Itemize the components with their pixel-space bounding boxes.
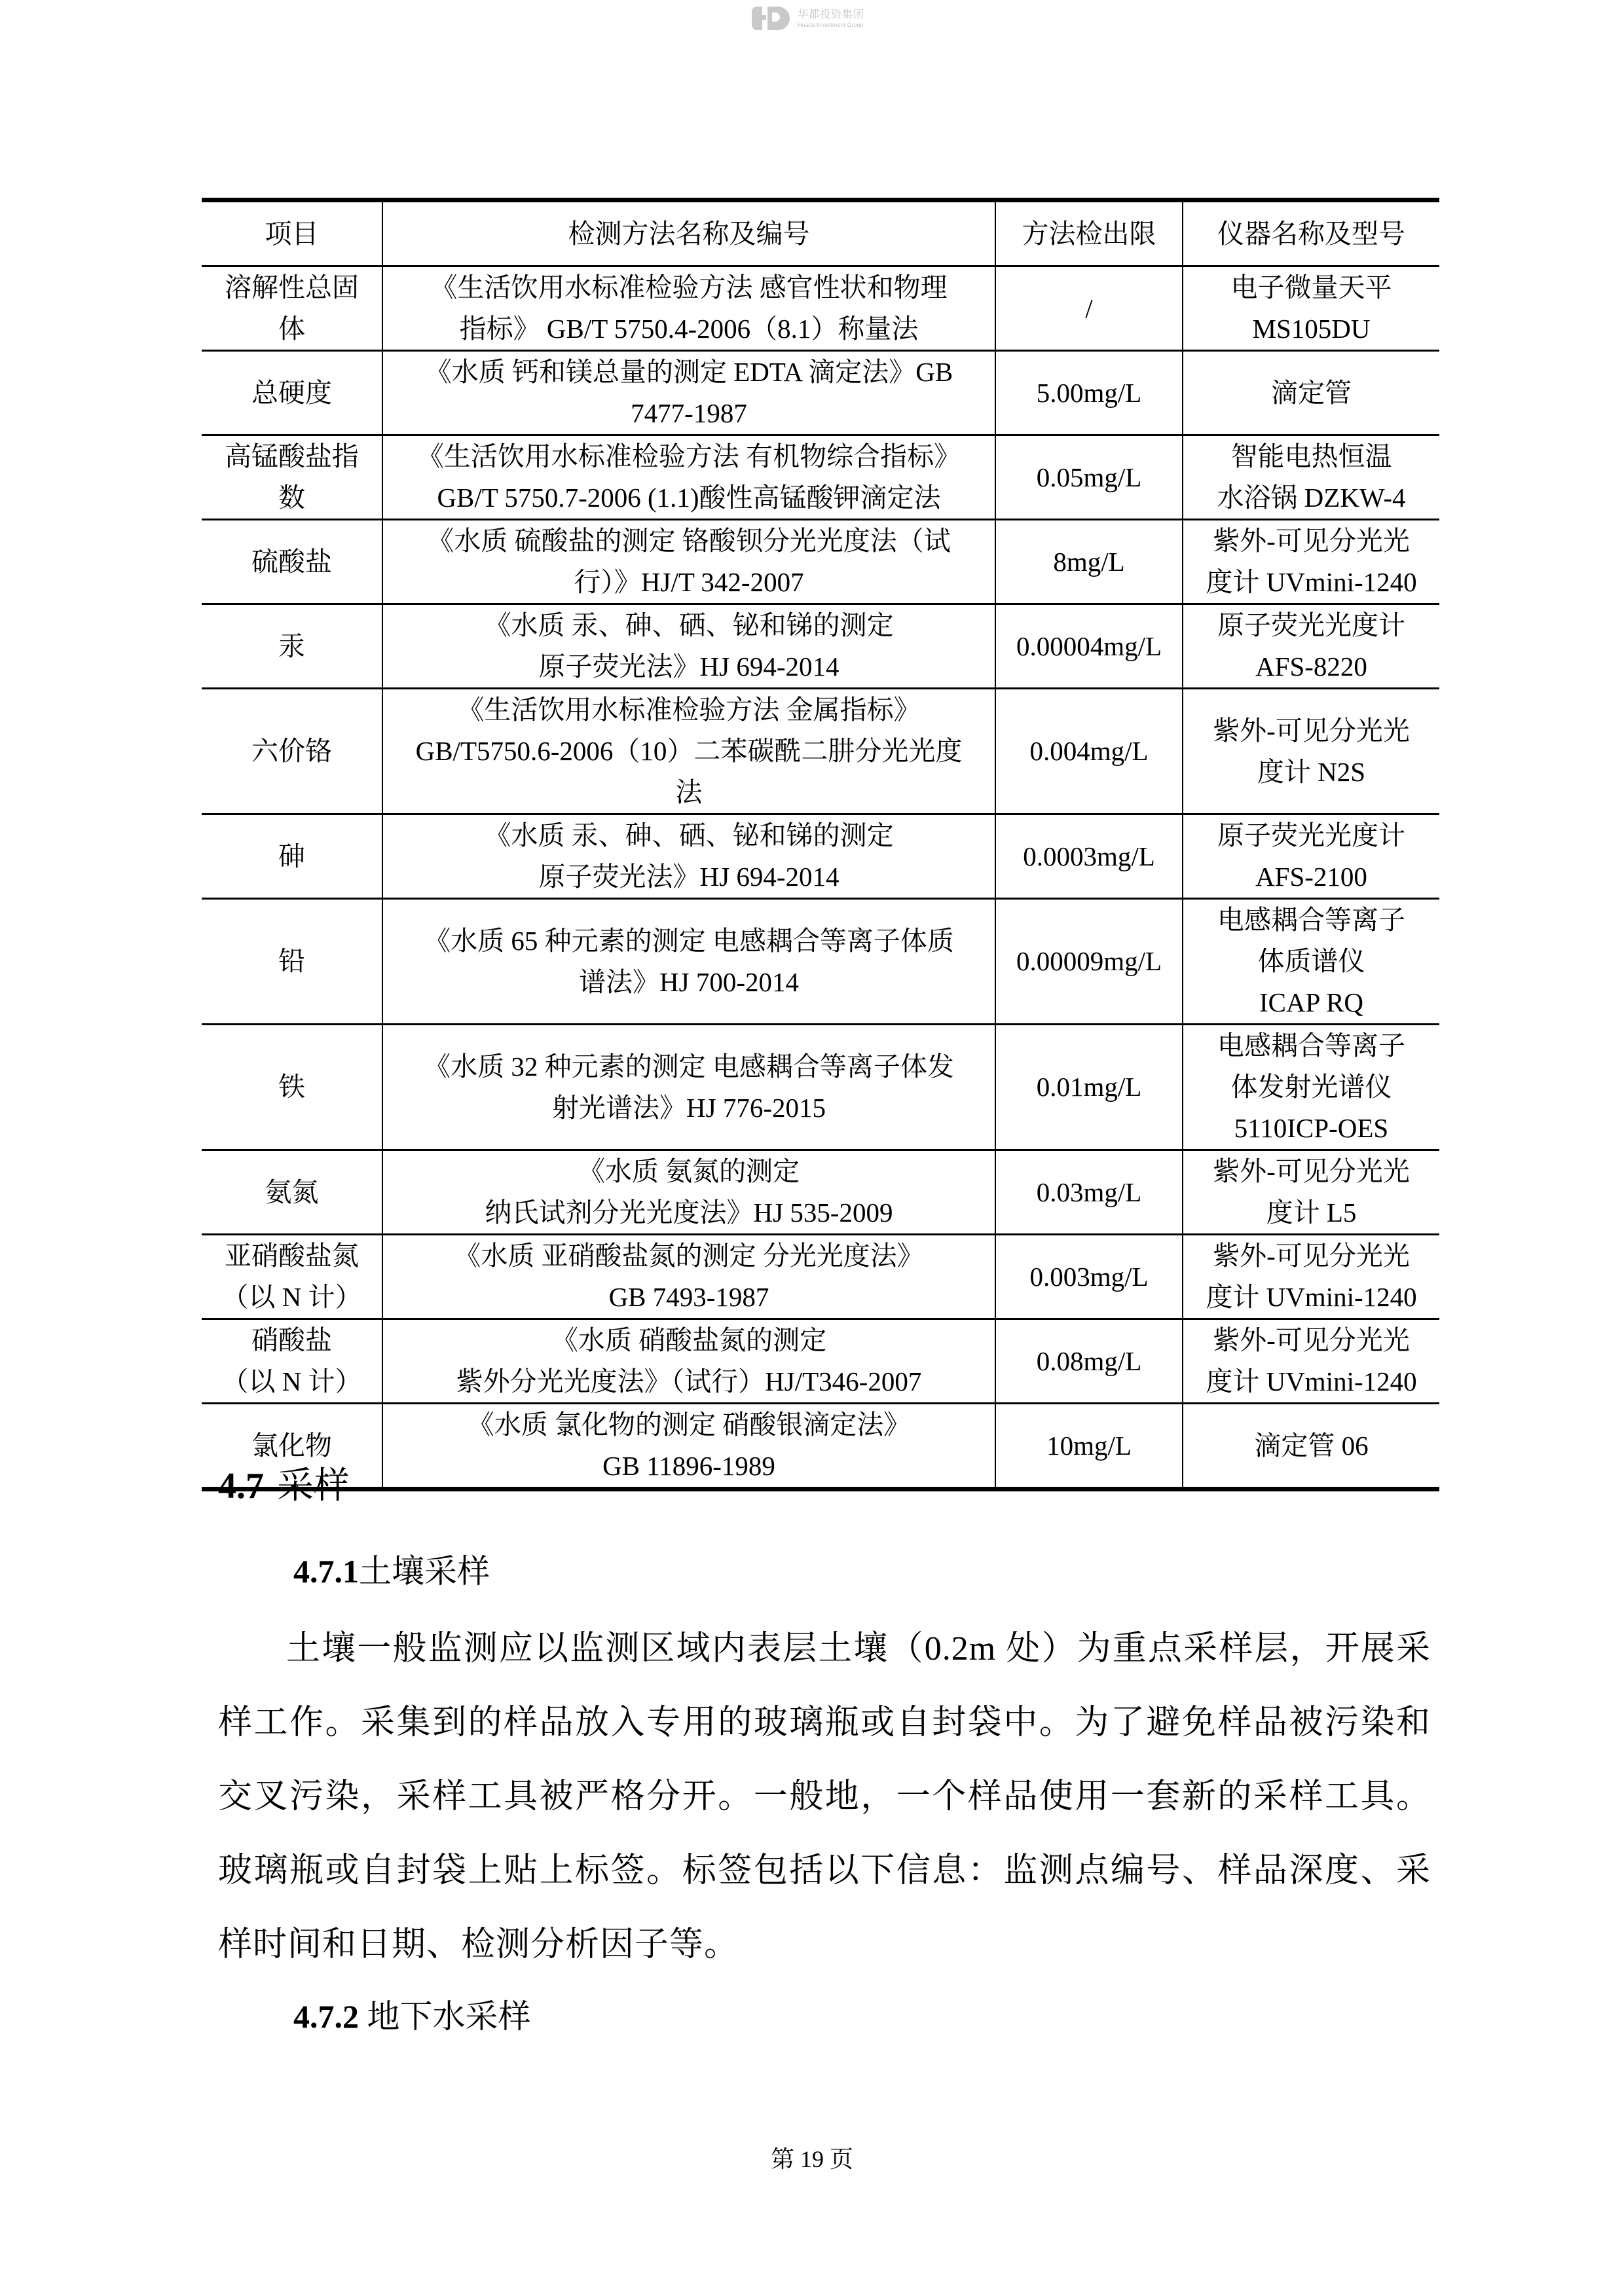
item-cell: 高锰酸盐指数 (202, 435, 382, 520)
item-cell-line: （以 N 计） (206, 1361, 378, 1402)
item-cell-line: 亚硝酸盐氮 (206, 1235, 378, 1277)
instrument-cell-line: 水浴锅 DZKW-4 (1187, 477, 1435, 519)
instrument-cell-line: 5110ICP-OES (1187, 1108, 1435, 1149)
item-cell-line: 六价铬 (206, 731, 378, 772)
table-row: 氨氮《水质 氨氮的测定纳氏试剂分光光度法》HJ 535-20090.03mg/L… (202, 1150, 1439, 1235)
instrument-cell-line: 滴定管 (1187, 373, 1435, 414)
table-row: 总硬度《水质 钙和镁总量的测定 EDTA 滴定法》GB7477-19875.00… (202, 351, 1439, 435)
item-cell-line: 氨氮 (206, 1172, 378, 1213)
limit-cell-line: 0.01mg/L (1000, 1066, 1178, 1108)
method-cell: 《水质 氯化物的测定 硝酸银滴定法》GB 11896-1989 (382, 1404, 995, 1489)
instrument-cell-line: 原子荧光光度计 (1187, 815, 1435, 856)
item-cell-line: 砷 (206, 836, 378, 877)
logo-english-name: Huadu Investment Group (798, 22, 864, 28)
subsection-heading-4-7-1: 4.7.1土壤采样 (293, 1545, 490, 1597)
item-cell-line: 硫酸盐 (206, 541, 378, 583)
method-cell-line: GB 7493-1987 (387, 1277, 991, 1318)
instrument-cell: 电感耦合等离子体质谱仪ICAP RQ (1183, 899, 1439, 1025)
table-row: 硫酸盐《水质 硫酸盐的测定 铬酸钡分光光度法（试行）》HJ/T 342-2007… (202, 520, 1439, 604)
instrument-cell-line: 度计 UVmini-1240 (1187, 1277, 1435, 1318)
limit-cell-line: 5.00mg/L (1000, 373, 1178, 414)
method-cell-line: 《水质 硫酸盐的测定 铬酸钡分光光度法（试 (387, 520, 991, 562)
detection-methods-table: 项目 检测方法名称及编号 方法检出限 仪器名称及型号 溶解性总固体《生活饮用水标… (202, 198, 1439, 1491)
method-cell: 《生活饮用水标准检验方法 金属指标》GB/T5750.6-2006（10）二苯碳… (382, 689, 995, 814)
method-cell-line: 《水质 硝酸盐氮的测定 (387, 1320, 991, 1361)
method-cell-line: 《水质 汞、砷、硒、铋和锑的测定 (387, 815, 991, 856)
column-header-instrument: 仪器名称及型号 (1183, 200, 1439, 266)
method-cell-line: 《生活饮用水标准检验方法 有机物综合指标》 (387, 436, 991, 477)
limit-cell: 0.00009mg/L (995, 899, 1183, 1025)
item-cell: 铅 (202, 899, 382, 1025)
instrument-cell-line: 滴定管 06 (1187, 1425, 1435, 1467)
limit-cell: / (995, 266, 1183, 351)
item-cell-line: 铁 (206, 1066, 378, 1108)
method-cell-line: 谱法》HJ 700-2014 (387, 962, 991, 1003)
item-cell: 溶解性总固体 (202, 266, 382, 351)
method-cell: 《水质 钙和镁总量的测定 EDTA 滴定法》GB7477-1987 (382, 351, 995, 435)
instrument-cell: 滴定管 06 (1183, 1404, 1439, 1489)
method-cell-line: 行）》HJ/T 342-2007 (387, 562, 991, 603)
method-cell: 《水质 汞、砷、硒、铋和锑的测定原子荧光法》HJ 694-2014 (382, 604, 995, 689)
table-row: 铁《水质 32 种元素的测定 电感耦合等离子体发射光谱法》HJ 776-2015… (202, 1025, 1439, 1150)
item-cell-line: 数 (206, 477, 378, 519)
instrument-cell-line: 紫外-可见分光光 (1187, 1235, 1435, 1277)
instrument-cell: 滴定管 (1183, 351, 1439, 435)
limit-cell: 0.03mg/L (995, 1150, 1183, 1235)
table-row: 高锰酸盐指数《生活饮用水标准检验方法 有机物综合指标》GB/T 5750.7-2… (202, 435, 1439, 520)
instrument-cell-line: MS105DU (1187, 308, 1435, 350)
method-cell-line: 《水质 亚硝酸盐氮的测定 分光光度法》 (387, 1235, 991, 1277)
method-cell-line: GB 11896-1989 (387, 1446, 991, 1487)
instrument-cell: 原子荧光光度计AFS-8220 (1183, 604, 1439, 689)
subsection-number: 4.7.1 (293, 1553, 359, 1590)
instrument-cell: 紫外-可见分光光度计 UVmini-1240 (1183, 520, 1439, 604)
limit-cell: 0.00004mg/L (995, 604, 1183, 689)
method-cell: 《生活饮用水标准检验方法 有机物综合指标》GB/T 5750.7-2006 (1… (382, 435, 995, 520)
instrument-cell-line: 紫外-可见分光光 (1187, 1151, 1435, 1192)
subsection-heading-4-7-2: 4.7.2 地下水采样 (293, 1990, 531, 2043)
limit-cell-line: 0.00004mg/L (1000, 626, 1178, 667)
limit-cell: 5.00mg/L (995, 351, 1183, 435)
item-cell-line: 硝酸盐 (206, 1320, 378, 1361)
method-cell-line: 射光谱法》HJ 776-2015 (387, 1087, 991, 1129)
instrument-cell: 紫外-可见分光光度计 UVmini-1240 (1183, 1319, 1439, 1404)
table-row: 氯化物《水质 氯化物的测定 硝酸银滴定法》GB 11896-198910mg/L… (202, 1404, 1439, 1489)
company-logo: 华都投资集团 Huadu Investment Group (752, 5, 864, 31)
item-cell-line: 高锰酸盐指 (206, 436, 378, 477)
method-cell: 《水质 亚硝酸盐氮的测定 分光光度法》GB 7493-1987 (382, 1235, 995, 1319)
table-row: 六价铬《生活饮用水标准检验方法 金属指标》GB/T5750.6-2006（10）… (202, 689, 1439, 814)
limit-cell-line: 8mg/L (1000, 541, 1178, 583)
method-cell: 《水质 汞、砷、硒、铋和锑的测定原子荧光法》HJ 694-2014 (382, 814, 995, 899)
method-cell-line: 《水质 氯化物的测定 硝酸银滴定法》 (387, 1404, 991, 1446)
limit-cell-line: 0.003mg/L (1000, 1256, 1178, 1298)
method-cell: 《水质 65 种元素的测定 电感耦合等离子体质谱法》HJ 700-2014 (382, 899, 995, 1025)
item-cell-line: （以 N 计） (206, 1277, 378, 1318)
table-body: 溶解性总固体《生活饮用水标准检验方法 感官性状和物理指标》 GB/T 5750.… (202, 266, 1439, 1489)
item-cell: 汞 (202, 604, 382, 689)
limit-cell-line: 0.08mg/L (1000, 1341, 1178, 1382)
instrument-cell: 紫外-可见分光光度计 N2S (1183, 689, 1439, 814)
item-cell: 砷 (202, 814, 382, 899)
instrument-cell-line: 度计 UVmini-1240 (1187, 562, 1435, 603)
item-cell: 铁 (202, 1025, 382, 1150)
limit-cell-line: / (1000, 288, 1178, 329)
method-cell-line: 原子荧光法》HJ 694-2014 (387, 856, 991, 898)
limit-cell: 0.0003mg/L (995, 814, 1183, 899)
soil-sampling-paragraph: 土壤一般监测应以监测区域内表层土壤（0.2m 处）为重点采样层，开展采样工作。采… (218, 1612, 1431, 1982)
method-cell: 《水质 硫酸盐的测定 铬酸钡分光光度法（试行）》HJ/T 342-2007 (382, 520, 995, 604)
hd-logo-icon (752, 7, 790, 30)
instrument-cell-line: 原子荧光光度计 (1187, 605, 1435, 646)
page-number: 第 19 页 (0, 2141, 1624, 2174)
instrument-cell: 电感耦合等离子体发射光谱仪5110ICP-OES (1183, 1025, 1439, 1150)
instrument-cell-line: 度计 UVmini-1240 (1187, 1361, 1435, 1402)
instrument-cell-line: 度计 L5 (1187, 1192, 1435, 1233)
method-cell: 《生活饮用水标准检验方法 感官性状和物理指标》 GB/T 5750.4-2006… (382, 266, 995, 351)
limit-cell-line: 10mg/L (1000, 1425, 1178, 1467)
limit-cell: 10mg/L (995, 1404, 1183, 1489)
method-cell-line: 纳氏试剂分光光度法》HJ 535-2009 (387, 1192, 991, 1233)
instrument-cell-line: 紫外-可见分光光 (1187, 710, 1435, 752)
table-row: 溶解性总固体《生活饮用水标准检验方法 感官性状和物理指标》 GB/T 5750.… (202, 266, 1439, 351)
limit-cell-line: 0.004mg/L (1000, 731, 1178, 772)
method-cell-line: 原子荧光法》HJ 694-2014 (387, 646, 991, 687)
instrument-cell-line: 体质谱仪 (1187, 941, 1435, 982)
limit-cell-line: 0.03mg/L (1000, 1172, 1178, 1213)
instrument-cell-line: AFS-8220 (1187, 646, 1435, 687)
method-cell: 《水质 32 种元素的测定 电感耦合等离子体发射光谱法》HJ 776-2015 (382, 1025, 995, 1150)
table-row: 汞《水质 汞、砷、硒、铋和锑的测定原子荧光法》HJ 694-20140.0000… (202, 604, 1439, 689)
section-number: 4.7 (218, 1466, 264, 1506)
table-row: 铅《水质 65 种元素的测定 电感耦合等离子体质谱法》HJ 700-20140.… (202, 899, 1439, 1025)
item-cell-line: 体 (206, 308, 378, 350)
item-cell: 氨氮 (202, 1150, 382, 1235)
limit-cell: 0.01mg/L (995, 1025, 1183, 1150)
subsection-number: 4.7.2 (293, 1998, 359, 2035)
subsection-title: 土壤采样 (359, 1553, 490, 1590)
table-row: 亚硝酸盐氮（以 N 计）《水质 亚硝酸盐氮的测定 分光光度法》GB 7493-1… (202, 1235, 1439, 1319)
section-heading-4-7: 4.7采样 (218, 1459, 350, 1514)
item-cell: 总硬度 (202, 351, 382, 435)
limit-cell: 8mg/L (995, 520, 1183, 604)
table-row: 砷《水质 汞、砷、硒、铋和锑的测定原子荧光法》HJ 694-20140.0003… (202, 814, 1439, 899)
instrument-cell: 原子荧光光度计AFS-2100 (1183, 814, 1439, 899)
method-cell: 《水质 硝酸盐氮的测定紫外分光光度法》（试行）HJ/T346-2007 (382, 1319, 995, 1404)
instrument-cell-line: 电子微量天平 (1187, 267, 1435, 308)
limit-cell-line: 0.00009mg/L (1000, 941, 1178, 982)
instrument-cell: 紫外-可见分光光度计 UVmini-1240 (1183, 1235, 1439, 1319)
section-title: 采样 (277, 1466, 350, 1506)
item-cell: 六价铬 (202, 689, 382, 814)
table-row: 硝酸盐（以 N 计）《水质 硝酸盐氮的测定紫外分光光度法》（试行）HJ/T346… (202, 1319, 1439, 1404)
instrument-cell-line: 电感耦合等离子 (1187, 1025, 1435, 1066)
method-cell-line: 法 (387, 772, 991, 813)
method-cell-line: 紫外分光光度法》（试行）HJ/T346-2007 (387, 1361, 991, 1402)
column-header-method: 检测方法名称及编号 (382, 200, 995, 266)
limit-cell-line: 0.0003mg/L (1000, 836, 1178, 877)
limit-cell: 0.08mg/L (995, 1319, 1183, 1404)
instrument-cell: 智能电热恒温水浴锅 DZKW-4 (1183, 435, 1439, 520)
method-cell-line: 《水质 32 种元素的测定 电感耦合等离子体发 (387, 1046, 991, 1087)
instrument-cell-line: ICAP RQ (1187, 982, 1435, 1023)
limit-cell: 0.05mg/L (995, 435, 1183, 520)
subsection-title: 地下水采样 (367, 1998, 531, 2035)
method-cell: 《水质 氨氮的测定纳氏试剂分光光度法》HJ 535-2009 (382, 1150, 995, 1235)
method-cell-line: GB/T5750.6-2006（10）二苯碳酰二肼分光光度 (387, 731, 991, 772)
instrument-cell-line: 电感耦合等离子 (1187, 900, 1435, 941)
instrument-cell-line: 紫外-可见分光光 (1187, 520, 1435, 562)
method-cell-line: 《水质 65 种元素的测定 电感耦合等离子体质 (387, 920, 991, 962)
item-cell-line: 总硬度 (206, 373, 378, 414)
instrument-cell-line: 紫外-可见分光光 (1187, 1320, 1435, 1361)
instrument-cell-line: AFS-2100 (1187, 856, 1435, 898)
method-cell-line: 《生活饮用水标准检验方法 感官性状和物理 (387, 267, 991, 308)
limit-cell-line: 0.05mg/L (1000, 457, 1178, 498)
column-header-limit: 方法检出限 (995, 200, 1183, 266)
instrument-cell-line: 度计 N2S (1187, 752, 1435, 793)
item-cell-line: 铅 (206, 941, 378, 982)
table-header-row: 项目 检测方法名称及编号 方法检出限 仪器名称及型号 (202, 200, 1439, 266)
item-cell: 硝酸盐（以 N 计） (202, 1319, 382, 1404)
instrument-cell-line: 体发射光谱仪 (1187, 1066, 1435, 1108)
item-cell-line: 溶解性总固 (206, 267, 378, 308)
item-cell-line: 汞 (206, 626, 378, 667)
method-cell-line: 7477-1987 (387, 393, 991, 434)
method-cell-line: GB/T 5750.7-2006 (1.1)酸性高锰酸钾滴定法 (387, 477, 991, 519)
method-cell-line: 《生活饮用水标准检验方法 金属指标》 (387, 689, 991, 731)
logo-chinese-name: 华都投资集团 (798, 9, 864, 20)
item-cell: 亚硝酸盐氮（以 N 计） (202, 1235, 382, 1319)
method-cell-line: 《水质 汞、砷、硒、铋和锑的测定 (387, 605, 991, 646)
item-cell: 硫酸盐 (202, 520, 382, 604)
instrument-cell: 紫外-可见分光光度计 L5 (1183, 1150, 1439, 1235)
limit-cell: 0.004mg/L (995, 689, 1183, 814)
method-cell-line: 《水质 氨氮的测定 (387, 1151, 991, 1192)
limit-cell: 0.003mg/L (995, 1235, 1183, 1319)
instrument-cell: 电子微量天平MS105DU (1183, 266, 1439, 351)
method-cell-line: 指标》 GB/T 5750.4-2006（8.1）称量法 (387, 308, 991, 350)
instrument-cell-line: 智能电热恒温 (1187, 436, 1435, 477)
column-header-item: 项目 (202, 200, 382, 266)
method-cell-line: 《水质 钙和镁总量的测定 EDTA 滴定法》GB (387, 352, 991, 393)
